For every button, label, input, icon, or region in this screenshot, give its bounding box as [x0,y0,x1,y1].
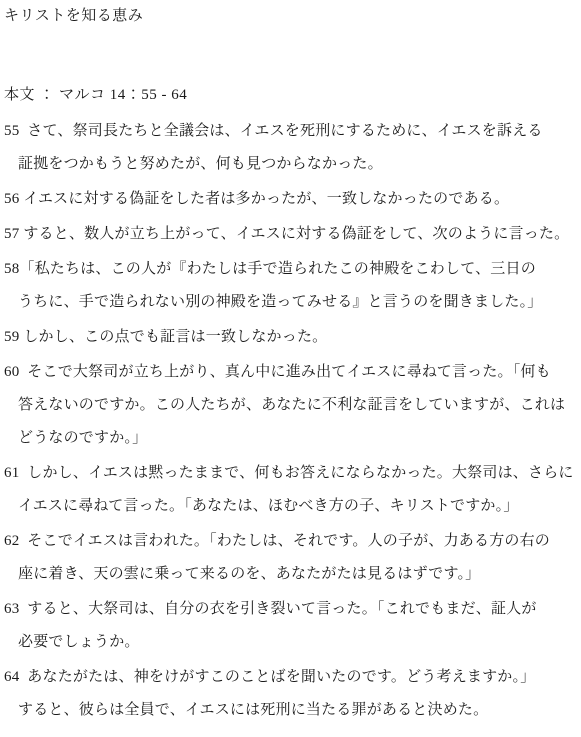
verse-text: しかし、イエスは黙ったままで、何もお答えにならなかった。大祭司は、さらに [19,465,573,481]
verse-line: イエスに尋ねて言った。「あなたは、ほむべき方の子、キリストですか。」 [4,490,573,523]
verse-60: 60 そこで大祭司が立ち上がり、真ん中に進み出てイエスに尋ねて言った。「何も 答… [4,356,573,455]
verse-line: 61 しかし、イエスは黙ったままで、何もお答えにならなかった。大祭司は、さらに [4,457,573,490]
verse-text: イエスに対する偽証をした者は多かったが、一致しなかったのである。 [19,191,509,207]
verse-59: 59 しかし、この点でも証言は一致しなかった。 [4,321,573,354]
verse-number: 56 [4,191,19,207]
verse-number: 64 [4,669,19,685]
verse-text: すると、数人が立ち上がって、イエスに対する偽証をして、次のように言った。 [19,226,569,242]
verse-number: 55 [4,123,19,139]
verse-62: 62 そこでイエスは言われた。「わたしは、それです。人の子が、力ある方の右の 座… [4,525,573,591]
document-page: キリストを知る恵み 本文 ： マルコ 14：55 - 64 55 さて、祭司長た… [0,0,581,737]
verse-line: 答えないのですか。この人たちが、あなたに不利な証言をしていますが、これは [4,389,573,422]
verse-list: 55 さて、祭司長たちと全議会は、イエスを死刑にするために、イエスを訴える 証拠… [4,115,573,727]
verse-number: 57 [4,226,19,242]
verse-text: そこでイエスは言われた。「わたしは、それです。人の子が、力ある方の右の [19,533,550,549]
verse-line: 55 さて、祭司長たちと全議会は、イエスを死刑にするために、イエスを訴える [4,115,573,148]
verse-line: 62 そこでイエスは言われた。「わたしは、それです。人の子が、力ある方の右の [4,525,573,558]
verse-line: 56 イエスに対する偽証をした者は多かったが、一致しなかったのである。 [4,183,573,216]
verse-text: しかし、この点でも証言は一致しなかった。 [19,329,327,345]
verse-number: 59 [4,329,19,345]
scripture-reference: 本文 ： マルコ 14：55 - 64 [4,85,573,105]
verse-line: 60 そこで大祭司が立ち上がり、真ん中に進み出てイエスに尋ねて言った。「何も [4,356,573,389]
verse-line: 58「私たちは、この人が『わたしは手で造られたこの神殿をこわして、三日の [4,253,573,286]
verse-64: 64 あなたがたは、神をけがすこのことばを聞いたのです。どう考えますか。」 する… [4,661,573,727]
verse-58: 58「私たちは、この人が『わたしは手で造られたこの神殿をこわして、三日の うちに… [4,253,573,319]
verse-text: すると、大祭司は、自分の衣を引き裂いて言った。「これでもまだ、証人が [19,601,536,617]
verse-61: 61 しかし、イエスは黙ったままで、何もお答えにならなかった。大祭司は、さらに … [4,457,573,523]
verse-line: 63 すると、大祭司は、自分の衣を引き裂いて言った。「これでもまだ、証人が [4,593,573,626]
verse-55: 55 さて、祭司長たちと全議会は、イエスを死刑にするために、イエスを訴える 証拠… [4,115,573,181]
verse-57: 57 すると、数人が立ち上がって、イエスに対する偽証をして、次のように言った。 [4,218,573,251]
verse-text: さて、祭司長たちと全議会は、イエスを死刑にするために、イエスを訴える [19,123,542,139]
verse-number: 63 [4,601,19,617]
document-title: キリストを知る恵み [4,6,573,26]
verse-line: 64 あなたがたは、神をけがすこのことばを聞いたのです。どう考えますか。」 [4,661,573,694]
verse-text: そこで大祭司が立ち上がり、真ん中に進み出てイエスに尋ねて言った。「何も [19,364,550,380]
verse-63: 63 すると、大祭司は、自分の衣を引き裂いて言った。「これでもまだ、証人が 必要… [4,593,573,659]
verse-line: すると、彼らは全員で、イエスには死刑に当たる罪があると決めた。 [4,694,573,727]
verse-text: あなたがたは、神をけがすこのことばを聞いたのです。どう考えますか。」 [19,669,535,685]
verse-text: 「私たちは、この人が『わたしは手で造られたこの神殿をこわして、三日の [19,261,536,277]
verse-line: うちに、手で造られない別の神殿を造ってみせる』と言うのを聞きました。」 [4,286,573,319]
verse-line: 座に着き、天の雲に乗って来るのを、あなたがたは見るはずです。」 [4,558,573,591]
verse-number: 60 [4,364,19,380]
verse-number: 58 [4,261,19,277]
verse-line: 59 しかし、この点でも証言は一致しなかった。 [4,321,573,354]
verse-line: 57 すると、数人が立ち上がって、イエスに対する偽証をして、次のように言った。 [4,218,573,251]
verse-56: 56 イエスに対する偽証をした者は多かったが、一致しなかったのである。 [4,183,573,216]
verse-line: 証拠をつかもうと努めたが、何も見つからなかった。 [4,148,573,181]
verse-number: 62 [4,533,19,549]
verse-number: 61 [4,465,19,481]
verse-line: どうなのですか。」 [4,422,573,455]
verse-line: 必要でしょうか。 [4,626,573,659]
